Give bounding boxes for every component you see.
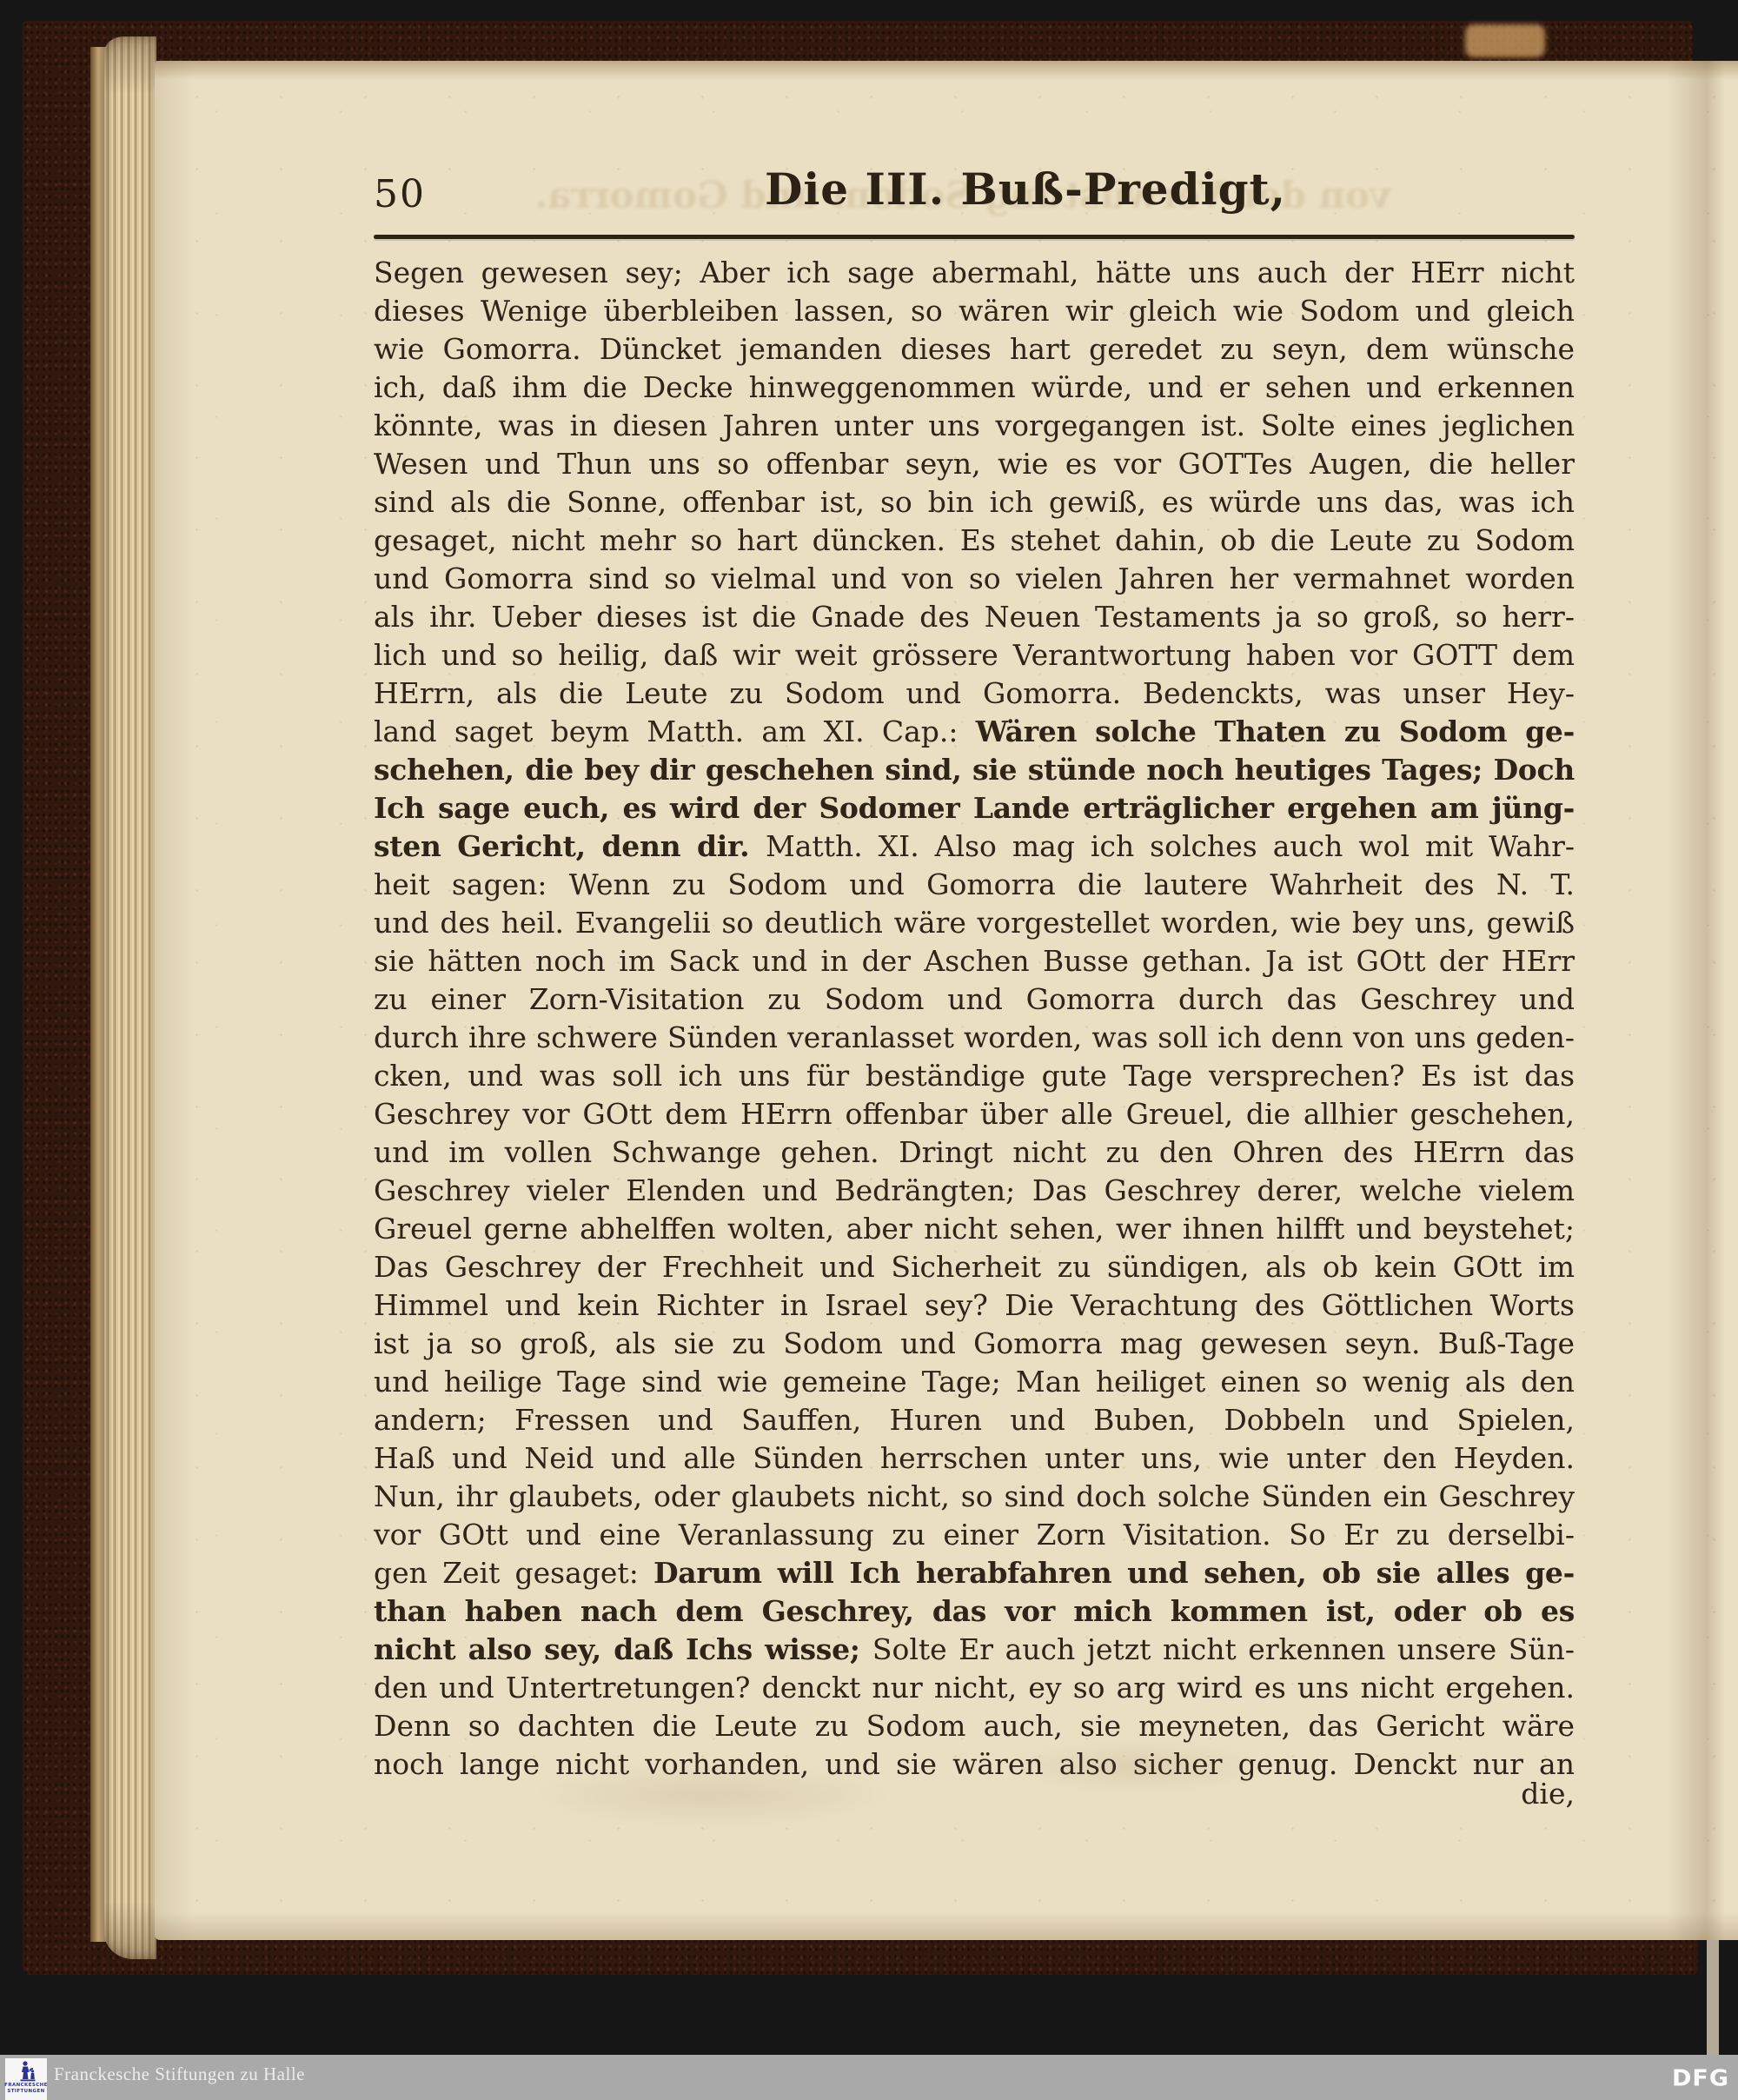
institution-logo-caption-line2: STIFTUNGEN <box>7 2089 44 2095</box>
book-page: von der Verwüstung Sodom und Gomorra. 50… <box>155 61 1738 1940</box>
page-stack-edge <box>104 37 156 1959</box>
text-line: Geschrey vieler Elenden und Bedrängten; … <box>374 1172 1575 1210</box>
text-line: und heilige Tage sind wie gemeine Tage; … <box>374 1363 1575 1401</box>
book-cover-spine-edge <box>23 21 97 1975</box>
text-line: könnte, was in diesen Jahren unter uns v… <box>374 407 1575 445</box>
text-line: HErrn, als die Leute zu Sodom und Gomorr… <box>374 675 1575 713</box>
running-header: Die III. Buß-Predigt, <box>721 163 1330 215</box>
text-line: sten Gericht, denn dir. Matth. XI. Also … <box>374 827 1575 866</box>
text-line: cken, und was soll ich uns für beständig… <box>374 1057 1575 1095</box>
text-line: ist ja so groß, als sie zu Sodom und Gom… <box>374 1325 1575 1363</box>
text-line: gesaget, nicht mehr so hart düncken. Es … <box>374 522 1575 560</box>
text-line: Denn so dachten die Leute zu Sodom auch,… <box>374 1707 1575 1745</box>
text-line: Segen gewesen sey; Aber ich sage abermah… <box>374 254 1575 292</box>
text-line: Das Geschrey der Frechheit und Sicherhei… <box>374 1248 1575 1286</box>
text-line: den und Untertretungen? denckt nur nicht… <box>374 1669 1575 1707</box>
book-cover-worn-patch <box>1465 24 1545 57</box>
scanned-book-page: von der Verwüstung Sodom und Gomorra. 50… <box>0 0 1738 2100</box>
text-line: nicht also sey, daß Ichs wisse; Solte Er… <box>374 1631 1575 1669</box>
text-line: zu einer Zorn-Visitation zu Sodom und Go… <box>374 980 1575 1019</box>
text-line: Geschrey vor GOtt dem HErrn offenbar übe… <box>374 1095 1575 1133</box>
header-rule <box>374 235 1575 239</box>
text-line: gen Zeit gesaget: Darum will Ich herabfa… <box>374 1554 1575 1592</box>
text-line: durch ihre schwere Sünden veranlasset wo… <box>374 1019 1575 1057</box>
text-line: und Gomorra sind so vielmal und von so v… <box>374 560 1575 598</box>
body-text: Segen gewesen sey; Aber ich sage abermah… <box>374 254 1575 1784</box>
page-number: 50 <box>374 172 426 216</box>
text-line: schehen, die bey dir geschehen sind, sie… <box>374 751 1575 789</box>
institution-logo: FRANCKESCHE STIFTUNGEN <box>5 2058 47 2100</box>
text-line: Wesen und Thun uns so offenbar seyn, wie… <box>374 445 1575 483</box>
text-line: Greuel gerne abhelffen wolten, aber nich… <box>374 1210 1575 1248</box>
text-line: ich, daß ihm die Decke hinweggenommen wü… <box>374 369 1575 407</box>
text-line: Nun, ihr glaubets, oder glaubets nicht, … <box>374 1478 1575 1516</box>
text-line: sie hätten noch im Sack und in der Asche… <box>374 942 1575 980</box>
text-line: wie Gomorra. Düncket jemanden dieses har… <box>374 330 1575 369</box>
text-line: dieses Wenige überbleiben lassen, so wär… <box>374 292 1575 330</box>
francke-statue-icon <box>15 2060 37 2083</box>
text-line: als ihr. Ueber dieses ist die Gnade des … <box>374 598 1575 636</box>
show-through-stain <box>1006 1743 1267 1791</box>
text-line: vor GOtt und eine Veranlassung zu einer … <box>374 1516 1575 1554</box>
institution-name: Franckesche Stiftungen zu Halle <box>54 2063 305 2085</box>
text-line: andern; Fressen und Sauffen, Huren und B… <box>374 1401 1575 1439</box>
dfg-logo: DFG <box>1672 2066 1729 2091</box>
text-line: und des heil. Evangelii so deutlich wäre… <box>374 904 1575 942</box>
text-line: heit sagen: Wenn zu Sodom und Gomorra di… <box>374 866 1575 904</box>
text-line: land saget beym Matth. am XI. Cap.: Wäre… <box>374 713 1575 751</box>
text-line: Himmel und kein Richter in Israel sey? D… <box>374 1286 1575 1325</box>
text-line: und im vollen Schwange gehen. Dringt nic… <box>374 1133 1575 1172</box>
text-line: Ich sage euch, es wird der Sodomer Lande… <box>374 789 1575 827</box>
digitization-footer-bar: FRANCKESCHE STIFTUNGEN Franckesche Stift… <box>0 2055 1738 2100</box>
text-line: lich und so heilig, daß wir weit grösser… <box>374 636 1575 675</box>
facing-page-sliver <box>1707 1940 1719 2055</box>
text-line: sind als die Sonne, offenbar ist, so bin… <box>374 483 1575 522</box>
text-line: Haß und Neid und alle Sünden herrschen u… <box>374 1439 1575 1478</box>
text-line: than haben nach dem Geschrey, das vor mi… <box>374 1592 1575 1631</box>
show-through-stain <box>528 1764 893 1825</box>
